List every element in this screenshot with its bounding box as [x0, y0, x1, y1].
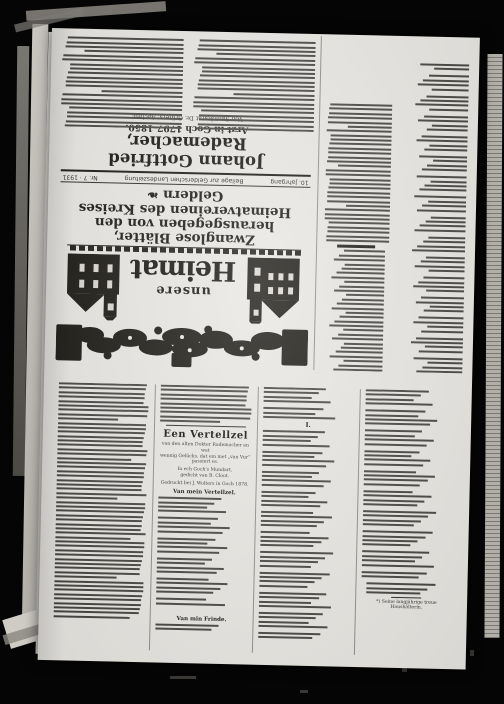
- text-line: [156, 623, 219, 626]
- text-line: [429, 75, 469, 78]
- text-line: [258, 612, 323, 615]
- text-line: [327, 160, 391, 163]
- front-main-area: unsere Heimat: [54, 30, 316, 374]
- text-line: [426, 257, 465, 260]
- text-line: [339, 285, 384, 288]
- text-line: [57, 488, 142, 492]
- text-line: [59, 387, 146, 391]
- text-line: [54, 606, 140, 610]
- text-line: [259, 580, 315, 583]
- text-line: [338, 364, 382, 367]
- text-line: [56, 527, 141, 531]
- text-line: [259, 564, 310, 567]
- text-line: [56, 514, 143, 518]
- text-line: [328, 191, 391, 194]
- text-line: [422, 205, 466, 208]
- text-line: [56, 523, 142, 527]
- text-line: [326, 130, 391, 133]
- text-line: [327, 226, 389, 229]
- text-line: [258, 605, 330, 609]
- text-line: [430, 180, 466, 183]
- text-line: [57, 470, 144, 474]
- text-line: [258, 625, 327, 629]
- text-line: [329, 324, 383, 327]
- text-line: [362, 555, 422, 558]
- text-line: [428, 200, 466, 203]
- text-line: [58, 417, 118, 420]
- text-line: [161, 393, 247, 397]
- text-line: [56, 496, 117, 499]
- text-line: [432, 124, 468, 127]
- text-line: [156, 602, 224, 606]
- text-line: [263, 416, 335, 420]
- text-line: [416, 337, 463, 340]
- text-line: [362, 530, 432, 534]
- text-line: [161, 389, 248, 393]
- text-line: [261, 471, 319, 474]
- text-line: [418, 119, 468, 122]
- text-line: [54, 615, 130, 619]
- text-line: [412, 249, 465, 252]
- text-line: [259, 596, 319, 599]
- text-line: [260, 551, 333, 555]
- text-line: [424, 310, 464, 313]
- text-line: [417, 370, 463, 373]
- name-list: [320, 250, 389, 372]
- text-line: [58, 422, 146, 426]
- text-line: [429, 306, 463, 309]
- text-line: [362, 535, 425, 538]
- text-line: [414, 357, 463, 360]
- text-line: [65, 45, 183, 50]
- text-line: [345, 281, 385, 284]
- text-line: [260, 524, 317, 527]
- text-line: [157, 557, 212, 560]
- book-scan-photo: unsere Heimat: [0, 0, 504, 704]
- town-engraving-left: [243, 257, 302, 324]
- text-line: [57, 448, 147, 452]
- text-line: [363, 494, 431, 498]
- text-line: [54, 593, 142, 597]
- poem-text: [156, 623, 247, 631]
- text-line: [262, 450, 322, 453]
- text-line: [57, 466, 145, 470]
- poem-text: [263, 387, 355, 420]
- text-line: [59, 382, 147, 386]
- text-line: [329, 143, 391, 146]
- text-line: [339, 254, 385, 257]
- text-line: [55, 545, 144, 549]
- text-line: [54, 580, 143, 584]
- dust-speck: [170, 676, 196, 679]
- text-line: [262, 443, 330, 447]
- text-line: [335, 320, 384, 323]
- text-line: [259, 600, 312, 603]
- text-line: [259, 571, 329, 575]
- text-line: [159, 497, 222, 500]
- text-line: [348, 126, 392, 129]
- text-line: [427, 290, 465, 293]
- text-line: [263, 387, 326, 390]
- text-line: [415, 229, 466, 232]
- text-line: [344, 250, 385, 253]
- text-line: [428, 362, 463, 365]
- text-line: [416, 140, 468, 143]
- text-line: [326, 169, 391, 172]
- text-line: [361, 575, 419, 578]
- text-line: [429, 108, 468, 111]
- text-line: [327, 200, 390, 203]
- text-line: [337, 303, 384, 306]
- text-line: [157, 566, 224, 570]
- text-line: [261, 475, 311, 478]
- text-line: [263, 391, 319, 394]
- text-line: [335, 351, 383, 354]
- text-line: [365, 414, 418, 417]
- text-line: [419, 155, 467, 158]
- newspaper-sheet: unsere Heimat: [38, 28, 480, 670]
- text-line: [157, 546, 226, 550]
- text-line: [57, 457, 131, 461]
- text-line: [263, 411, 316, 414]
- text-line: [158, 537, 216, 540]
- text-line: [422, 169, 467, 172]
- text-line: [59, 395, 145, 399]
- text-line: [157, 582, 228, 586]
- text-line: [411, 341, 463, 344]
- text-line: [363, 510, 436, 514]
- text-line: [258, 621, 308, 624]
- text-line: [330, 134, 391, 137]
- text-line: [422, 366, 462, 369]
- text-line: [363, 490, 412, 493]
- poem-section-heading: Van mein Vertellzel.: [159, 489, 250, 497]
- volume-label: 10. Jahrgang: [270, 178, 308, 186]
- text-line: [55, 549, 143, 553]
- dust-speck: [300, 690, 308, 693]
- text-line: [365, 402, 433, 406]
- logo-word-large: Heimat: [131, 255, 237, 284]
- story-imprint: Gedruckt bei J. Wolters in Goch 1878.: [159, 480, 250, 488]
- text-line: [340, 316, 384, 319]
- text-line: [261, 504, 320, 507]
- text-line: [429, 270, 465, 273]
- text-line: [262, 464, 327, 467]
- text-line: [58, 439, 143, 443]
- body-text: [60, 32, 184, 129]
- text-line: [332, 307, 384, 310]
- poem-text: [258, 430, 354, 640]
- text-line: [161, 407, 251, 411]
- text-line: [434, 68, 469, 71]
- column-4: *) Seine langjährige treue Haushälterin.: [354, 389, 462, 657]
- text-line: [198, 88, 315, 93]
- text-line: [261, 484, 323, 487]
- text-line: [364, 479, 428, 482]
- text-line: [427, 128, 468, 131]
- text-line: [85, 50, 184, 54]
- text-line: [332, 338, 383, 341]
- text-line: [58, 431, 145, 435]
- text-line: [56, 518, 142, 522]
- body-text: [160, 385, 252, 424]
- front-side-columns: [318, 36, 472, 373]
- text-line: [66, 85, 183, 90]
- text-line: [418, 281, 464, 284]
- text-line: [427, 164, 467, 167]
- text-line: [327, 235, 390, 238]
- story-title: Een Vertellzel: [160, 429, 251, 442]
- text-line: [330, 355, 383, 358]
- adjacent-page-edge: [484, 54, 502, 638]
- signature-text: [361, 582, 452, 595]
- issue-label: Nr. 7 · 1931: [63, 174, 98, 182]
- text-line: [363, 503, 417, 506]
- text-line: [324, 217, 389, 220]
- text-line: [54, 584, 143, 588]
- text-line: [55, 536, 130, 540]
- text-line: [259, 585, 307, 588]
- text-line: [260, 515, 331, 519]
- text-line: [158, 517, 218, 520]
- text-line: [217, 53, 316, 57]
- text-line: [262, 435, 318, 438]
- front-page-inverted: unsere Heimat: [52, 30, 472, 377]
- text-line: [56, 492, 146, 496]
- text-line: [420, 189, 467, 192]
- text-line: [161, 398, 247, 402]
- text-line: [263, 407, 323, 410]
- text-line: [57, 452, 146, 456]
- text-line: [333, 368, 383, 371]
- text-line: [261, 511, 313, 514]
- text-line: [366, 591, 420, 594]
- text-line: [262, 459, 334, 463]
- text-line: [430, 144, 468, 147]
- text-line: [325, 213, 390, 216]
- text-line: [263, 396, 311, 399]
- text-line: [261, 500, 328, 504]
- text-line: [56, 501, 145, 505]
- text-line: [343, 329, 383, 332]
- text-line: [261, 479, 330, 483]
- text-line: [367, 583, 435, 587]
- dust-speck: [470, 650, 474, 656]
- text-line: [331, 276, 384, 279]
- text-line: [342, 298, 384, 301]
- text-line: [365, 418, 437, 422]
- text-line: [330, 108, 393, 111]
- text-line: [362, 544, 410, 547]
- text-line: [161, 402, 246, 406]
- text-line: [345, 312, 383, 315]
- poem-text: [156, 497, 250, 606]
- text-line: [161, 385, 249, 389]
- text-line: [365, 398, 413, 401]
- text-line: [55, 562, 141, 566]
- text-line: [55, 575, 117, 578]
- text-line: [413, 321, 463, 324]
- dust-speck: [402, 668, 407, 672]
- text-line: [428, 236, 465, 239]
- text-line: [261, 491, 316, 494]
- text-line: [58, 413, 147, 417]
- text-line: [160, 420, 220, 423]
- text-line: [325, 209, 390, 212]
- text-line: [58, 444, 143, 448]
- text-line: [342, 268, 385, 271]
- text-line: [362, 539, 418, 542]
- text-line: [364, 470, 416, 473]
- text-line: [158, 526, 230, 530]
- text-line: [415, 265, 465, 268]
- text-line: [260, 531, 309, 534]
- text-line: [424, 149, 467, 152]
- text-line: [328, 222, 389, 225]
- text-line: [424, 115, 468, 118]
- stanza-numeral: I.: [262, 420, 353, 430]
- text-line: [367, 587, 428, 590]
- text-line: [344, 360, 383, 363]
- text-line: [363, 483, 420, 486]
- text-line: [414, 196, 466, 199]
- text-line: [363, 499, 424, 502]
- text-line: [363, 523, 414, 526]
- text-line: [259, 560, 317, 563]
- poem-section-heading: Van min Frinde.: [156, 615, 247, 623]
- text-line: [160, 415, 249, 419]
- text-line: [338, 333, 384, 336]
- text-line: [59, 400, 144, 404]
- text-line: [55, 571, 140, 575]
- text-line: [157, 562, 204, 565]
- text-line: [363, 519, 421, 522]
- text-line: [419, 350, 463, 353]
- text-line: [156, 591, 213, 594]
- text-line: [416, 104, 469, 107]
- text-line: [59, 391, 145, 395]
- text-line: [234, 93, 315, 97]
- text-line: [363, 515, 429, 518]
- text-line: [329, 147, 392, 150]
- text-line: [158, 521, 211, 524]
- text-line: [423, 79, 469, 82]
- text-line: [364, 438, 433, 442]
- text-line: [262, 439, 310, 442]
- text-line: [158, 501, 214, 504]
- text-line: [420, 63, 469, 66]
- text-line: [55, 553, 143, 557]
- text-line: [336, 272, 384, 275]
- text-line: [328, 116, 392, 119]
- text-line: [260, 540, 321, 543]
- text-line: [263, 400, 331, 404]
- text-line: [158, 542, 208, 545]
- text-line: [427, 326, 463, 329]
- text-line: [157, 586, 221, 589]
- text-line: [328, 156, 391, 159]
- text-line: [421, 99, 469, 102]
- text-line: [364, 463, 423, 466]
- masthead-logo-text: unsere Heimat: [128, 255, 238, 298]
- text-line: [260, 556, 326, 559]
- text-line: [420, 225, 466, 228]
- section-rule: [166, 425, 245, 428]
- column-1: [48, 382, 155, 650]
- text-line: [362, 559, 415, 562]
- text-line: [157, 550, 219, 553]
- text-line: [364, 458, 431, 462]
- body-text: [192, 35, 316, 132]
- text-line: [421, 261, 465, 264]
- text-line: [364, 454, 411, 457]
- text-line: [327, 195, 390, 198]
- text-line: [330, 138, 391, 141]
- text-line: [58, 426, 146, 430]
- front-body-columns: [60, 32, 316, 132]
- text-line: [329, 182, 390, 185]
- text-line: [56, 510, 144, 514]
- text-line: [260, 520, 324, 523]
- text-line: [346, 205, 390, 208]
- text-line: [361, 571, 426, 574]
- text-line: [432, 88, 469, 91]
- oak-garland-engraving: [55, 320, 308, 372]
- story-subtitle: gedicht van B. Cloot.: [159, 472, 250, 480]
- text-line: [365, 394, 421, 397]
- text-line: [366, 389, 429, 392]
- text-line: [57, 483, 142, 487]
- text-line: [57, 474, 144, 478]
- text-line: [54, 611, 139, 615]
- text-line: [158, 506, 206, 509]
- text-line: [425, 346, 463, 349]
- text-line: [157, 577, 209, 580]
- text-line: [102, 90, 183, 94]
- text-line: [54, 589, 143, 593]
- text-line: [156, 628, 212, 631]
- text-line: [417, 176, 467, 179]
- text-line: [364, 450, 419, 453]
- text-line: [362, 551, 430, 555]
- text-line: [58, 404, 148, 408]
- text-line: [337, 165, 390, 168]
- text-line: [426, 95, 468, 98]
- text-line: [328, 121, 392, 124]
- poem-text: [361, 389, 456, 579]
- text-line: [157, 570, 216, 573]
- text-line: [424, 277, 465, 280]
- text-line: [416, 301, 464, 304]
- page-two: Een Vertellzel van den alten Dokter Rade…: [48, 382, 462, 657]
- column-3: I.: [251, 387, 359, 655]
- text-line: [262, 430, 325, 433]
- text-line: [362, 564, 434, 568]
- text-line: [423, 241, 465, 244]
- text-line: [329, 112, 392, 115]
- text-line: [55, 558, 142, 562]
- text-line: [365, 409, 425, 412]
- text-line: [365, 430, 423, 433]
- text-line: [197, 48, 315, 53]
- section-heading-illegible: [337, 245, 375, 249]
- text-line: [261, 495, 308, 498]
- text-line: [259, 576, 322, 579]
- list-column: [320, 36, 394, 371]
- text-line: [345, 263, 385, 266]
- text-line: [260, 544, 314, 547]
- text-line: [421, 135, 467, 138]
